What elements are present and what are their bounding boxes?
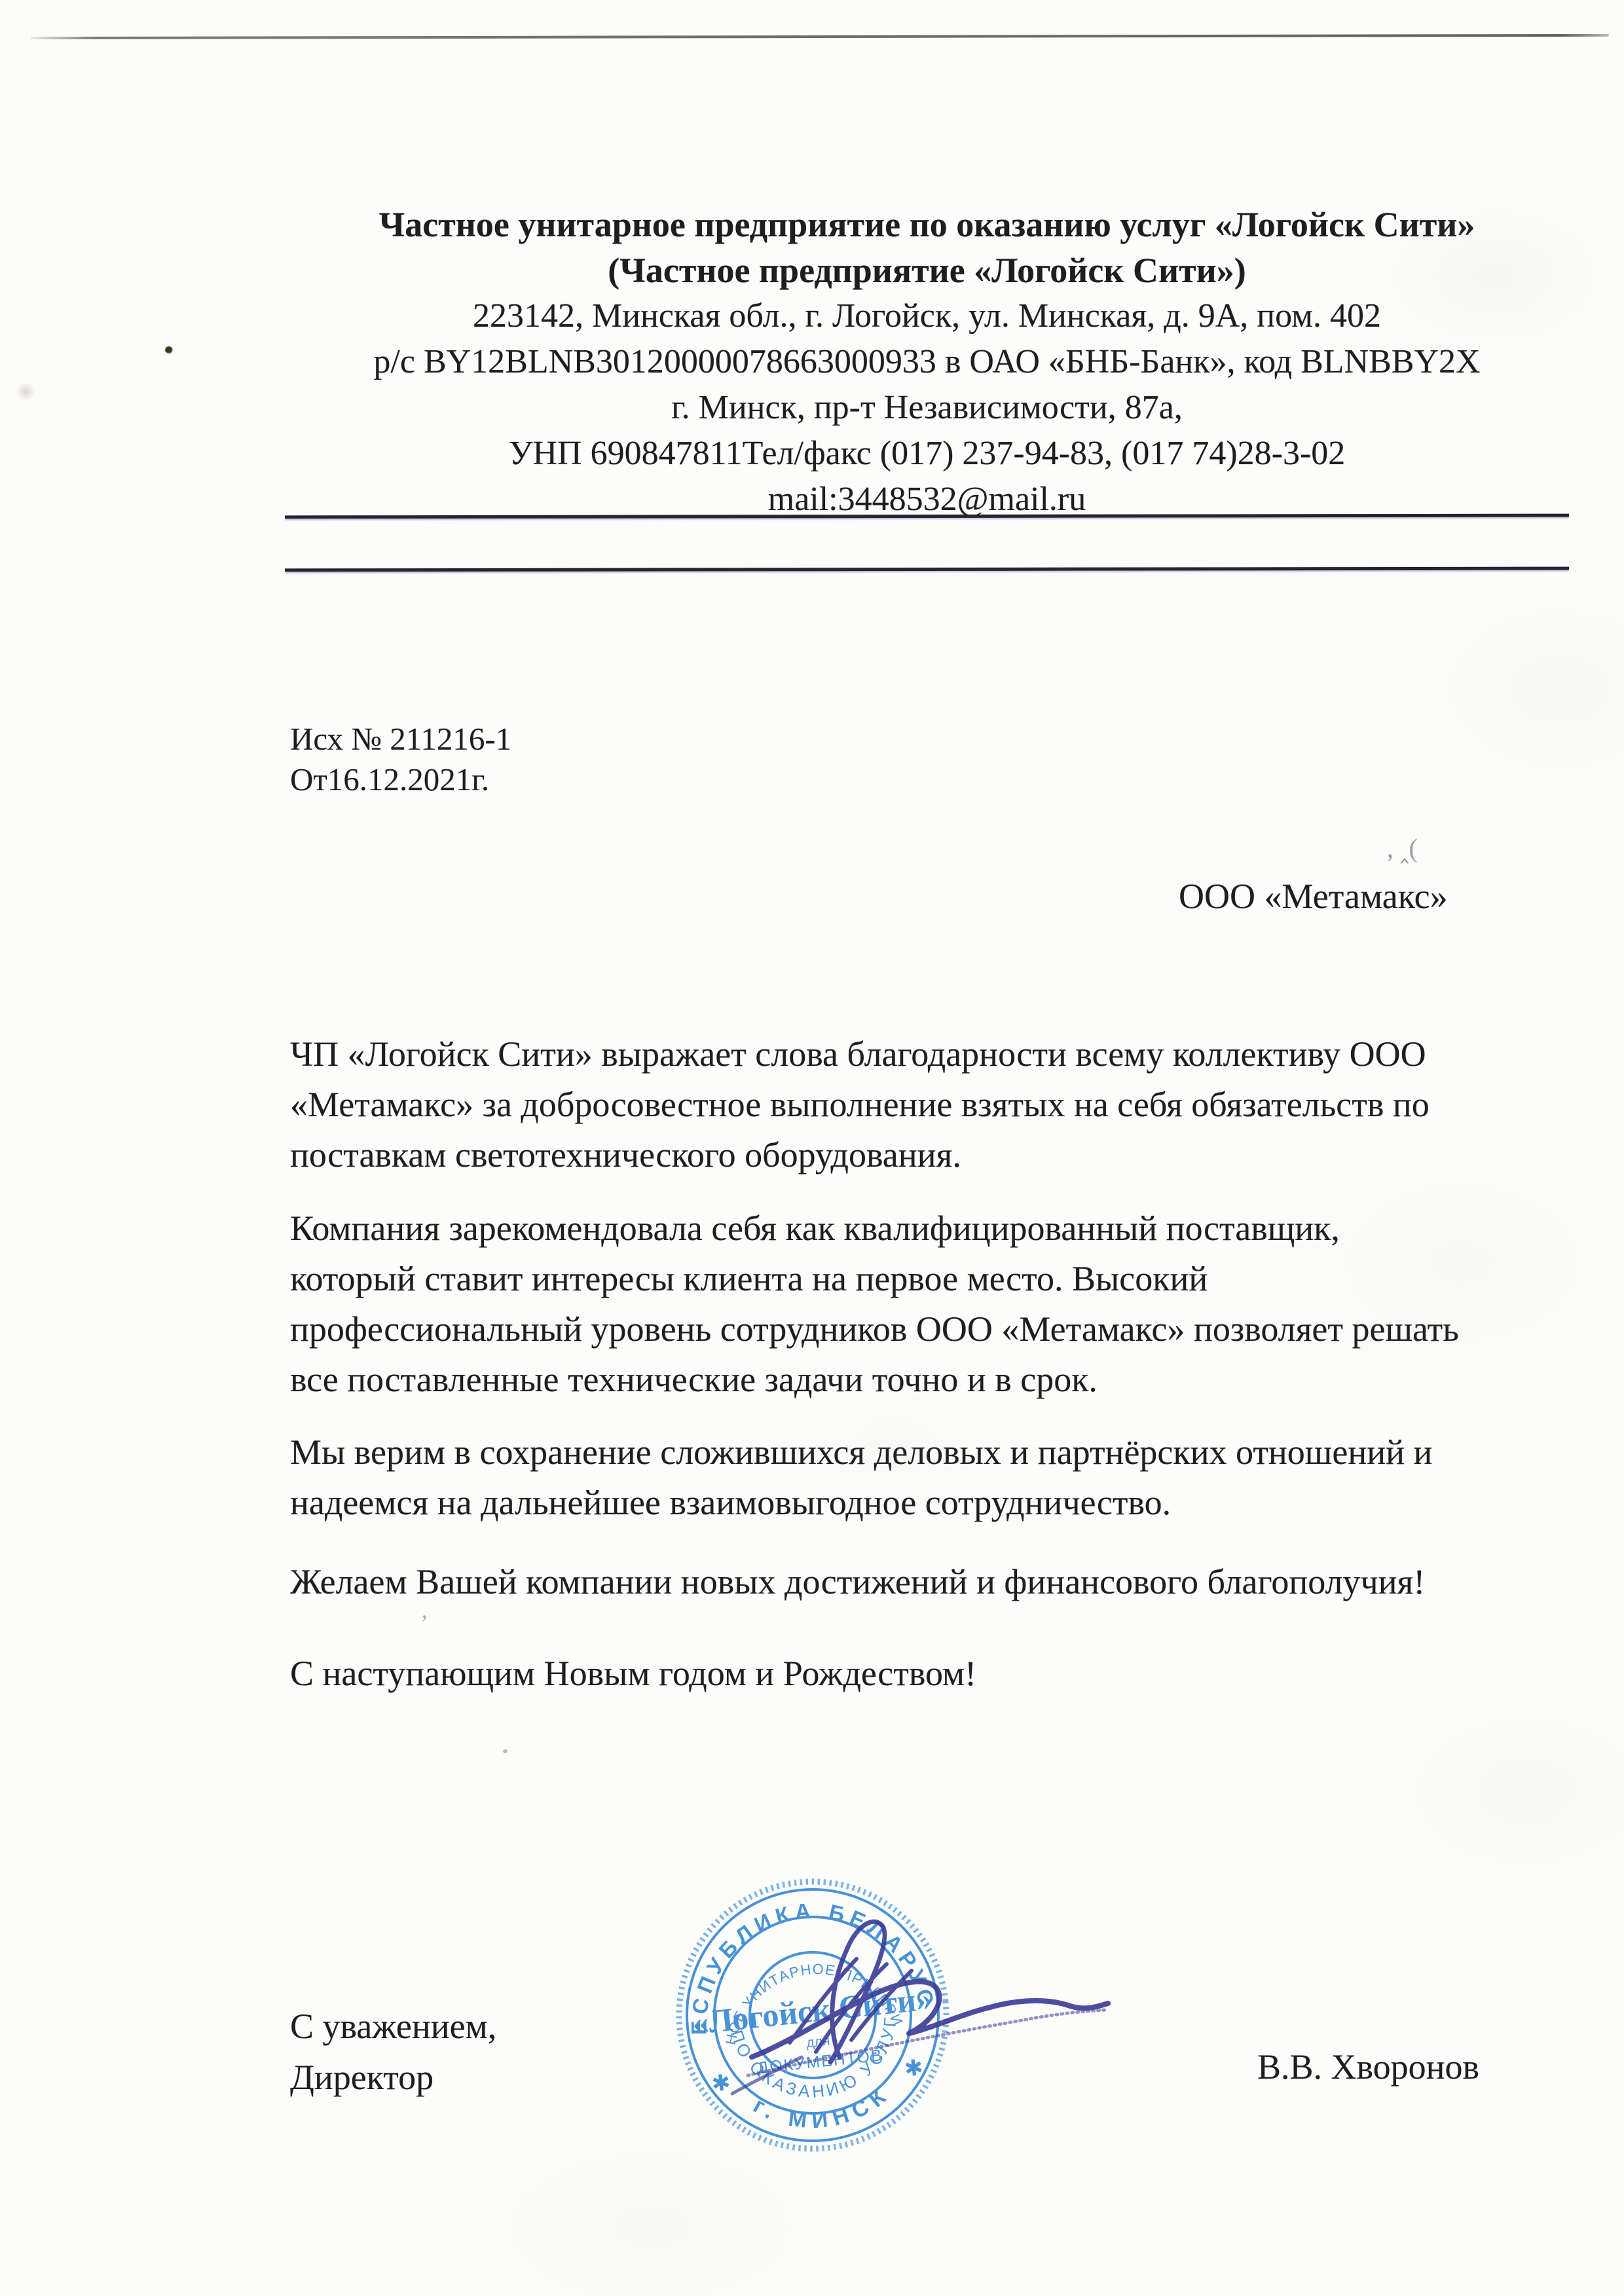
recipient: ООО «Метамакс» xyxy=(1179,876,1448,917)
paragraph-2: Компания зарекомендовала себя как квалиф… xyxy=(290,1203,1567,1405)
body-line: профессиональный уровень сотрудников ООО… xyxy=(290,1304,1567,1355)
body-line: Мы верим в сохранение сложившихся деловы… xyxy=(290,1427,1567,1478)
paragraph-4: Желаем Вашей компании новых достижений и… xyxy=(290,1557,1567,1607)
unp-phone-line: УНП 690847811Тел/факс (017) 237-94-83, (… xyxy=(285,431,1569,477)
paragraph-1: ЧП «Логойск Сити» выражает слова благода… xyxy=(290,1029,1567,1180)
body-line: все поставленные технические задачи точн… xyxy=(290,1355,1567,1405)
company-name-line: Частное унитарное предприятие по оказани… xyxy=(285,202,1569,247)
closing-salutation: С уважением, xyxy=(290,2001,496,2052)
bank-account-line: р/с BY12BLNB30120000078663000933 в ОАО «… xyxy=(285,339,1569,385)
body-line: Компания зарекомендовала себя как квалиф… xyxy=(290,1203,1567,1254)
scan-artifact-dot xyxy=(503,1749,507,1753)
body-line: который ставит интересы клиента на перво… xyxy=(290,1254,1567,1304)
body-line: ЧП «Логойск Сити» выражает слова благода… xyxy=(290,1029,1567,1080)
bank-address-line: г. Минск, пр-т Независимости, 87а, xyxy=(285,385,1569,431)
scan-artifact-apostrophe: ’ xyxy=(420,1609,428,1637)
scanned-letter-page: Частное унитарное предприятие по оказани… xyxy=(0,0,1624,2296)
letterhead: Частное унитарное предприятие по оказани… xyxy=(285,202,1569,522)
company-address-line: 223142, Минская обл., г. Логойск, ул. Ми… xyxy=(285,293,1569,339)
reference-block: Исх № 211216-1 От16.12.2021г. xyxy=(290,719,511,800)
divider-line-bottom xyxy=(285,567,1569,572)
ink-speck-artifact xyxy=(165,346,173,354)
scan-edge-line xyxy=(31,34,1609,39)
paragraph-3: Мы верим в сохранение сложившихся деловы… xyxy=(290,1427,1567,1528)
closing-block: С уважением, Директор xyxy=(290,2001,496,2103)
outgoing-number: Исх № 211216-1 xyxy=(290,719,511,759)
closing-title: Директор xyxy=(290,2052,496,2103)
paragraph-5: С наступающим Новым годом и Рождеством! xyxy=(290,1649,1567,1699)
scan-artifact-smudge xyxy=(14,383,37,400)
scan-artifact-mark: , ‸( xyxy=(1387,833,1418,864)
body-line: С наступающим Новым годом и Рождеством! xyxy=(290,1649,1567,1699)
body-line: надеемся на дальнейшее взаимовыгодное со… xyxy=(290,1478,1567,1528)
company-short-name-line: (Частное предприятие «Логойск Сити») xyxy=(285,247,1569,293)
body-line: Желаем Вашей компании новых достижений и… xyxy=(290,1557,1567,1607)
signature-stroke xyxy=(732,2057,802,2094)
body-line: «Метамакс» за добросовестное выполнение … xyxy=(290,1080,1567,1130)
outgoing-date: От16.12.2021г. xyxy=(290,759,511,800)
body-line: поставкам светотехнического оборудования… xyxy=(290,1130,1567,1180)
signatory-name: В.В. Хворонов xyxy=(1257,2047,1479,2087)
signature-icon xyxy=(655,1886,1153,2108)
